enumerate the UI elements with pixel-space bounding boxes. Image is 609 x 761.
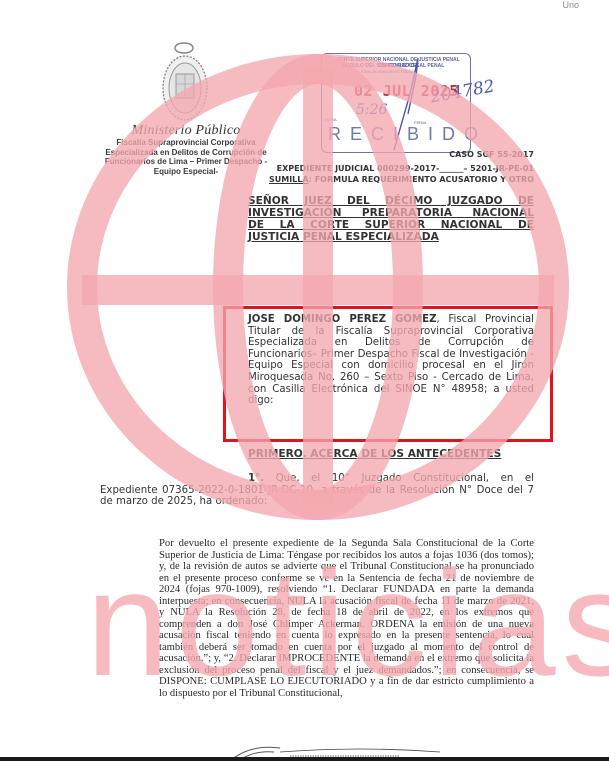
- letterhead-line: Especializada en Delitos de Corrupción d…: [98, 148, 274, 158]
- signature-stroke-icon: [322, 54, 470, 152]
- reception-stamp: CORTE SUPERIOR NACIONAL DE JUSTICIA PENA…: [321, 53, 471, 153]
- institution-name: Ministerio Público: [98, 124, 274, 138]
- sumilla-text: : FORMULA REQUERIMIENTO ACUSATORIO Y OTR…: [309, 175, 534, 184]
- coat-of-arms-icon: [152, 40, 218, 126]
- highlight-box: [223, 306, 553, 442]
- letterhead-line: Funcionarios de Lima – Primer Despacho -: [98, 157, 274, 167]
- case-number: CASO SGF 55-2017: [449, 150, 534, 159]
- letterhead-line: Fiscalía Supraprovincial Corporativa: [98, 138, 274, 148]
- paragraph-number: 1°.: [100, 473, 264, 484]
- page-bottom-edge: [0, 757, 609, 761]
- addressee-line: JUSTICIA PENAL ESPECIALIZADA: [248, 232, 534, 244]
- letterhead: Ministerio Público Fiscalía Supraprovinc…: [98, 124, 274, 176]
- sumilla-label: SUMILLA: [269, 175, 309, 184]
- page-label: Uno: [562, 0, 579, 10]
- expediente-number: EXPEDIENTE JUDICIAL 000299-2017-______– …: [277, 164, 534, 173]
- section-heading: PRIMERO. ACERCA DE LOS ANTECEDENTES: [248, 448, 501, 460]
- sumilla: SUMILLA: FORMULA REQUERIMIENTO ACUSATORI…: [269, 175, 534, 184]
- watermark-text: noticias: [86, 548, 609, 698]
- addressee: SEÑOR JUEZ DEL DÉCIMO JUZGADO DE INVESTI…: [248, 196, 534, 244]
- letterhead-line: Equipo Especial-: [98, 167, 274, 177]
- addressee-line: DE LA CORTE SUPERIOR NACIONAL DE: [248, 220, 534, 232]
- paragraph-1: 1°. Que, el 10° Juzgado Constitucional, …: [100, 473, 534, 508]
